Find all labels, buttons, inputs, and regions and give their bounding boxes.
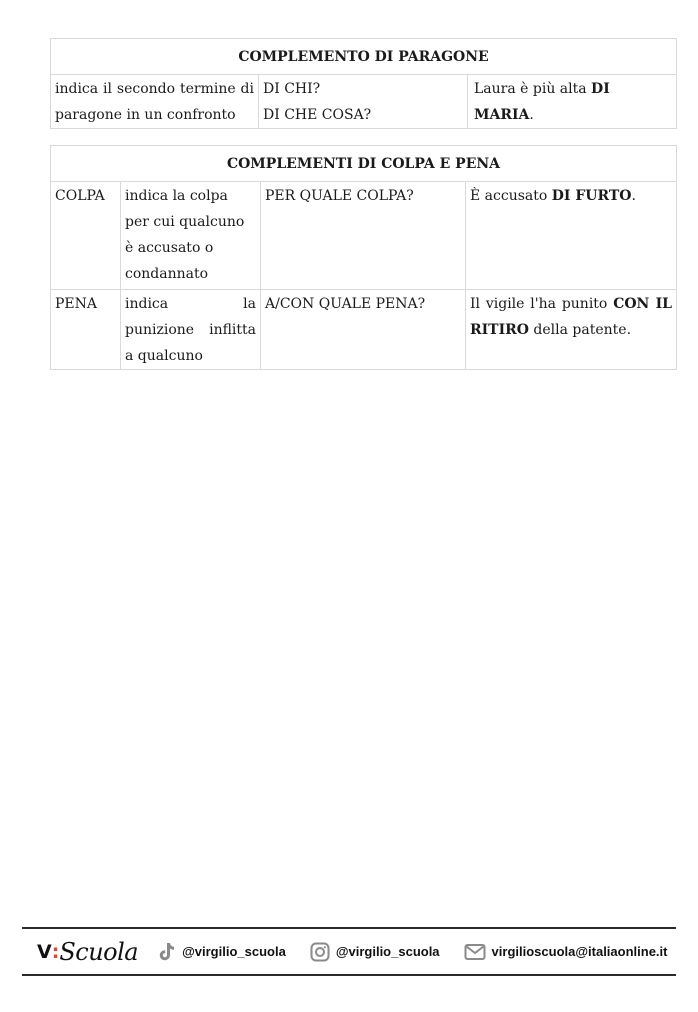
logo-v: V — [37, 941, 52, 963]
complementi-colpa-pena-table: COMPLEMENTI DI COLPA E PENA COLPA indica… — [50, 145, 677, 370]
table-row: COLPA indica la colpa per cui qualcuno è… — [51, 182, 677, 290]
questions-cell: DI CHI? DI CHE COSA? — [259, 75, 468, 129]
description-cell: indica la colpa per cui qualcuno è accus… — [121, 182, 261, 290]
email-link[interactable]: virgilioscuola@italiaonline.it — [464, 943, 668, 961]
tiktok-handle: @virgilio_scuola — [182, 944, 286, 959]
example-highlight: DI FURTO — [552, 188, 632, 204]
table-title: COMPLEMENTO DI PARAGONE — [51, 39, 677, 75]
question: DI CHE COSA? — [263, 102, 463, 128]
instagram-icon — [310, 942, 330, 962]
description-cell: indica il secondo termine di paragone in… — [51, 75, 259, 129]
example-cell: Laura è più alta DI MARIA. — [468, 75, 677, 129]
table-row: indica il secondo termine di paragone in… — [51, 75, 677, 129]
example-text: . — [631, 188, 635, 204]
footer-divider-bottom — [22, 974, 676, 976]
question-cell: A/CON QUALE PENA? — [261, 290, 466, 370]
complement-name: PENA — [51, 290, 121, 370]
email-address: virgilioscuola@italiaonline.it — [492, 944, 668, 959]
logo-script: Scuola — [59, 938, 138, 966]
mail-icon — [464, 943, 486, 961]
complemento-paragone-table: COMPLEMENTO DI PARAGONE indica il second… — [50, 38, 677, 129]
virgilio-scuola-logo[interactable]: V : Scuola — [37, 938, 138, 966]
example-text: Laura è più alta — [474, 81, 591, 97]
tiktok-link[interactable]: @virgilio_scuola — [158, 942, 286, 962]
instagram-link[interactable]: @virgilio_scuola — [310, 942, 440, 962]
instagram-handle: @virgilio_scuola — [336, 944, 440, 959]
example-text: Il vigile l'ha punito — [470, 296, 613, 312]
logo-colon: : — [52, 941, 60, 963]
complement-name: COLPA — [51, 182, 121, 290]
example-text: . — [529, 107, 533, 123]
example-cell: È accusato DI FURTO. — [466, 182, 677, 290]
question: DI CHI? — [263, 76, 463, 102]
question-cell: PER QUALE COLPA? — [261, 182, 466, 290]
table-title: COMPLEMENTI DI COLPA E PENA — [51, 146, 677, 182]
description-cell: indica la punizione inflitta a qualcuno — [121, 290, 261, 370]
example-text: È accusato — [470, 188, 552, 204]
example-text: della patente. — [529, 322, 631, 338]
tiktok-icon — [158, 942, 176, 962]
footer: V : Scuola @virgilio_scuola @virgilio_sc… — [22, 929, 676, 974]
example-cell: Il vigile l'ha punito CON IL RITIRO dell… — [466, 290, 677, 370]
table-row: PENA indica la punizione inflitta a qual… — [51, 290, 677, 370]
